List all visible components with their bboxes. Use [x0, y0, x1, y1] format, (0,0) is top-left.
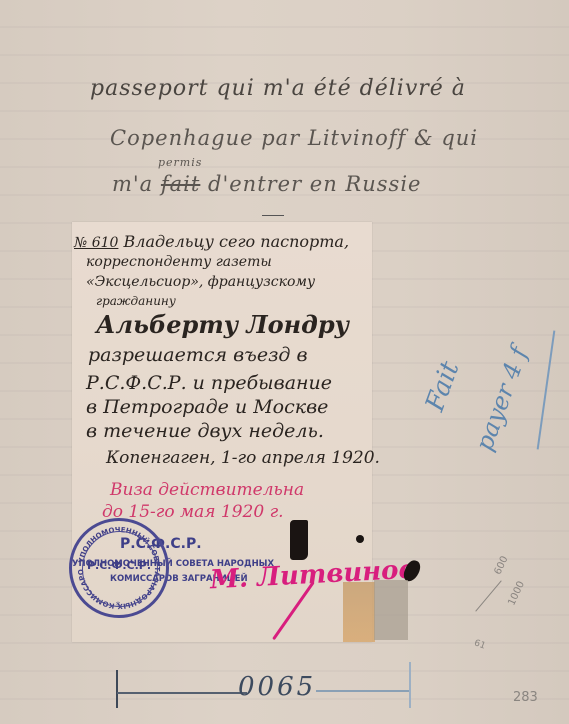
passport-slip: № 610 Владельцу сего паспорта, корреспон… [72, 222, 372, 642]
slip-line-9: в течение двух недель. [86, 420, 324, 442]
letter-line-1: passeport qui m'a été délivré à [90, 76, 466, 101]
reference-number: 0065 [238, 672, 316, 702]
visa-validity-1: Виза действительна [110, 480, 304, 500]
fraction-line [475, 580, 501, 611]
passport-number: № 610 [74, 235, 118, 251]
page-number: 283 [513, 690, 538, 705]
slip-line-4: гражданину [96, 294, 176, 308]
struck-word: fait [161, 172, 200, 196]
ink-dot [356, 535, 364, 543]
slip-line-2: корреспонденту газеты [86, 254, 272, 270]
place-date: Копенгаген, 1-го апреля 1920. [106, 448, 380, 468]
blue-note-2: payer 4 f [470, 343, 533, 454]
inserted-word: permis [158, 156, 202, 169]
blue-note-1: Fait [420, 358, 465, 416]
reference-tick-left [116, 670, 118, 708]
divider-mark [262, 215, 284, 216]
pencil-fraction-top: 600 [493, 555, 511, 577]
letter-line-3-before: m'a [112, 172, 161, 196]
star-icon: * [116, 601, 120, 610]
slip-line-1: № 610 Владельцу сего паспорта, [74, 232, 349, 251]
ink-blot [290, 520, 308, 560]
pencil-fraction-bottom: 1000 [506, 580, 527, 608]
reference-line-left [117, 692, 247, 694]
official-stamp: УПОЛНОМОЧЕННЫЙ СОВЕТА НАРОДНЫХ КОМИССАРО… [69, 518, 169, 618]
stamp-center-text: Р.С.Ф.С.Р. [72, 559, 166, 572]
letter-page: passeport qui m'a été délivré à Copenhag… [0, 0, 569, 724]
slip-line-3: «Эксцельсиор», французскому [86, 274, 315, 290]
letter-line-3-after: d'entrer en Russie [200, 172, 421, 196]
slip-text-1: Владельцу сего паспорта, [124, 232, 350, 251]
letter-line-3: m'a faitpermis d'entrer en Russie [112, 172, 421, 196]
pencil-small-note: 61 [473, 638, 487, 651]
tape-stain [343, 582, 375, 642]
reference-tick-right [409, 662, 411, 708]
slip-line-6: разрешается въезд в [88, 344, 308, 366]
holder-name: Альберту Лондру [96, 310, 349, 339]
slip-line-8: в Петрограде и Москве [86, 396, 328, 418]
slip-line-7: Р.С.Ф.С.Р. и пребывание [86, 372, 332, 394]
letter-line-2: Copenhague par Litvinoff & qui [110, 126, 478, 150]
reference-line-right [316, 690, 410, 692]
tape-stain-2 [374, 580, 408, 640]
blue-bracket [537, 330, 556, 449]
